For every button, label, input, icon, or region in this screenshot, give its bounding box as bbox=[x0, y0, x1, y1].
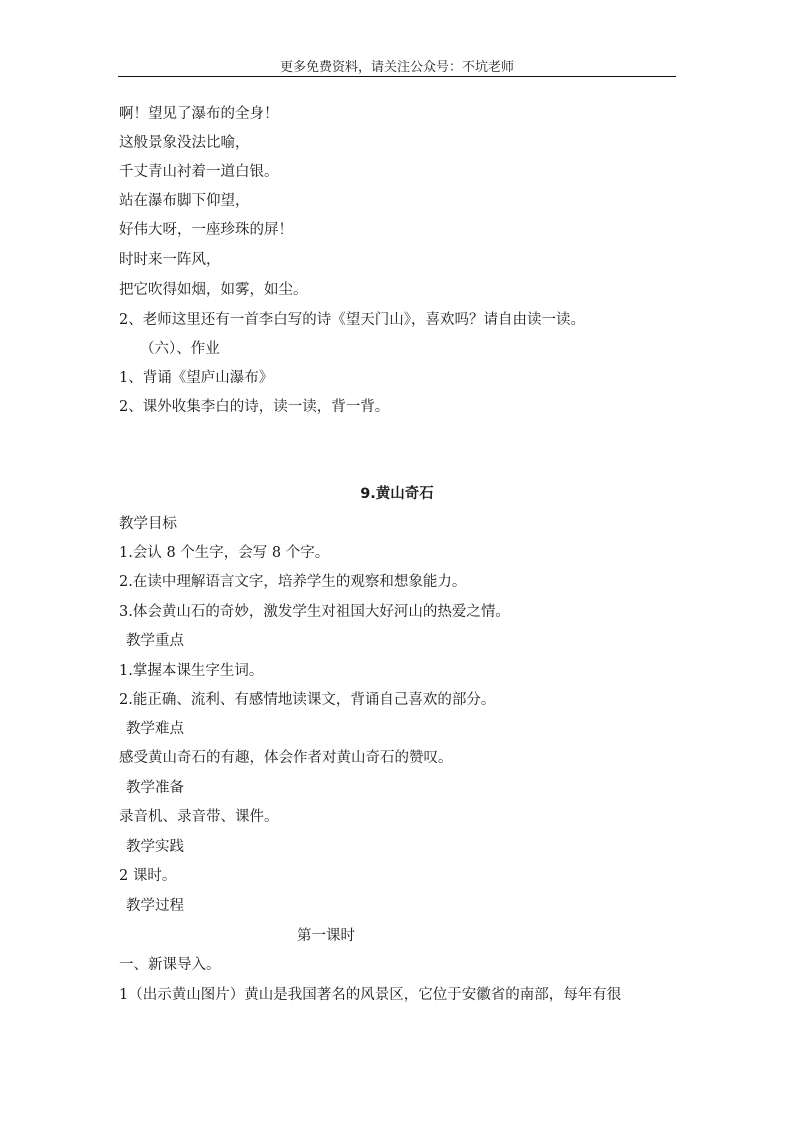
header-divider bbox=[118, 76, 676, 77]
poem-line: 这般景象没法比喻， bbox=[119, 134, 250, 152]
objectives-heading: 教学目标 bbox=[119, 515, 177, 533]
preparation-text: 录音机、录音带、课件。 bbox=[119, 808, 279, 826]
homework-item: 1、背诵《望庐山瀑布》 bbox=[119, 369, 273, 387]
step1-text: 1（出示黄山图片）黄山是我国著名的风景区，它位于安徽省的南部，每年有很 bbox=[119, 986, 621, 1004]
poem-line: 好伟大呀，一座珍珠的屏！ bbox=[119, 221, 293, 239]
period-title: 第一课时 bbox=[297, 927, 355, 945]
poem-line: 千丈青山衬着一道白银。 bbox=[119, 163, 279, 181]
lesson-title: 9.黄山奇石 bbox=[118, 485, 676, 503]
activity-2: 2、老师这里还有一首李白写的诗《望天门山》，喜欢吗？请自由读一读。 bbox=[119, 311, 585, 329]
practice-text: 2 课时。 bbox=[119, 867, 176, 885]
poem-line: 啊！望见了瀑布的全身！ bbox=[119, 105, 279, 123]
objective-item: 2.在读中理解语言文字，培养学生的观察和想象能力。 bbox=[119, 573, 466, 591]
poem-line: 站在瀑布脚下仰望， bbox=[119, 192, 250, 210]
key-point-item: 2.能正确、流利、有感情地读课文，背诵自己喜欢的部分。 bbox=[119, 691, 495, 709]
homework-heading: （六）、作业 bbox=[140, 340, 220, 358]
objective-item: 3.体会黄山石的奇妙，激发学生对祖国大好河山的热爱之情。 bbox=[119, 603, 510, 621]
preparation-heading: 教学准备 bbox=[126, 779, 184, 797]
key-points-heading: 教学重点 bbox=[126, 632, 184, 650]
difficulties-text: 感受黄山奇石的有趣，体会作者对黄山奇石的赞叹。 bbox=[119, 749, 453, 767]
practice-heading: 教学实践 bbox=[126, 838, 184, 856]
poem-line: 把它吹得如烟，如雾，如尘。 bbox=[119, 281, 308, 299]
step1-heading: 一、新课导入。 bbox=[119, 956, 221, 974]
objective-item: 1.会认 8 个生字，会写 8 个字。 bbox=[119, 544, 329, 562]
difficulties-heading: 教学难点 bbox=[126, 720, 184, 738]
homework-item: 2、课外收集李白的诗，读一读，背一背。 bbox=[119, 398, 389, 416]
header-text: 更多免费资料，请关注公众号：不坑老师 bbox=[118, 56, 676, 75]
key-point-item: 1.掌握本课生字生词。 bbox=[119, 662, 263, 680]
poem-line: 时时来一阵风， bbox=[119, 251, 221, 269]
process-heading: 教学过程 bbox=[126, 897, 184, 915]
